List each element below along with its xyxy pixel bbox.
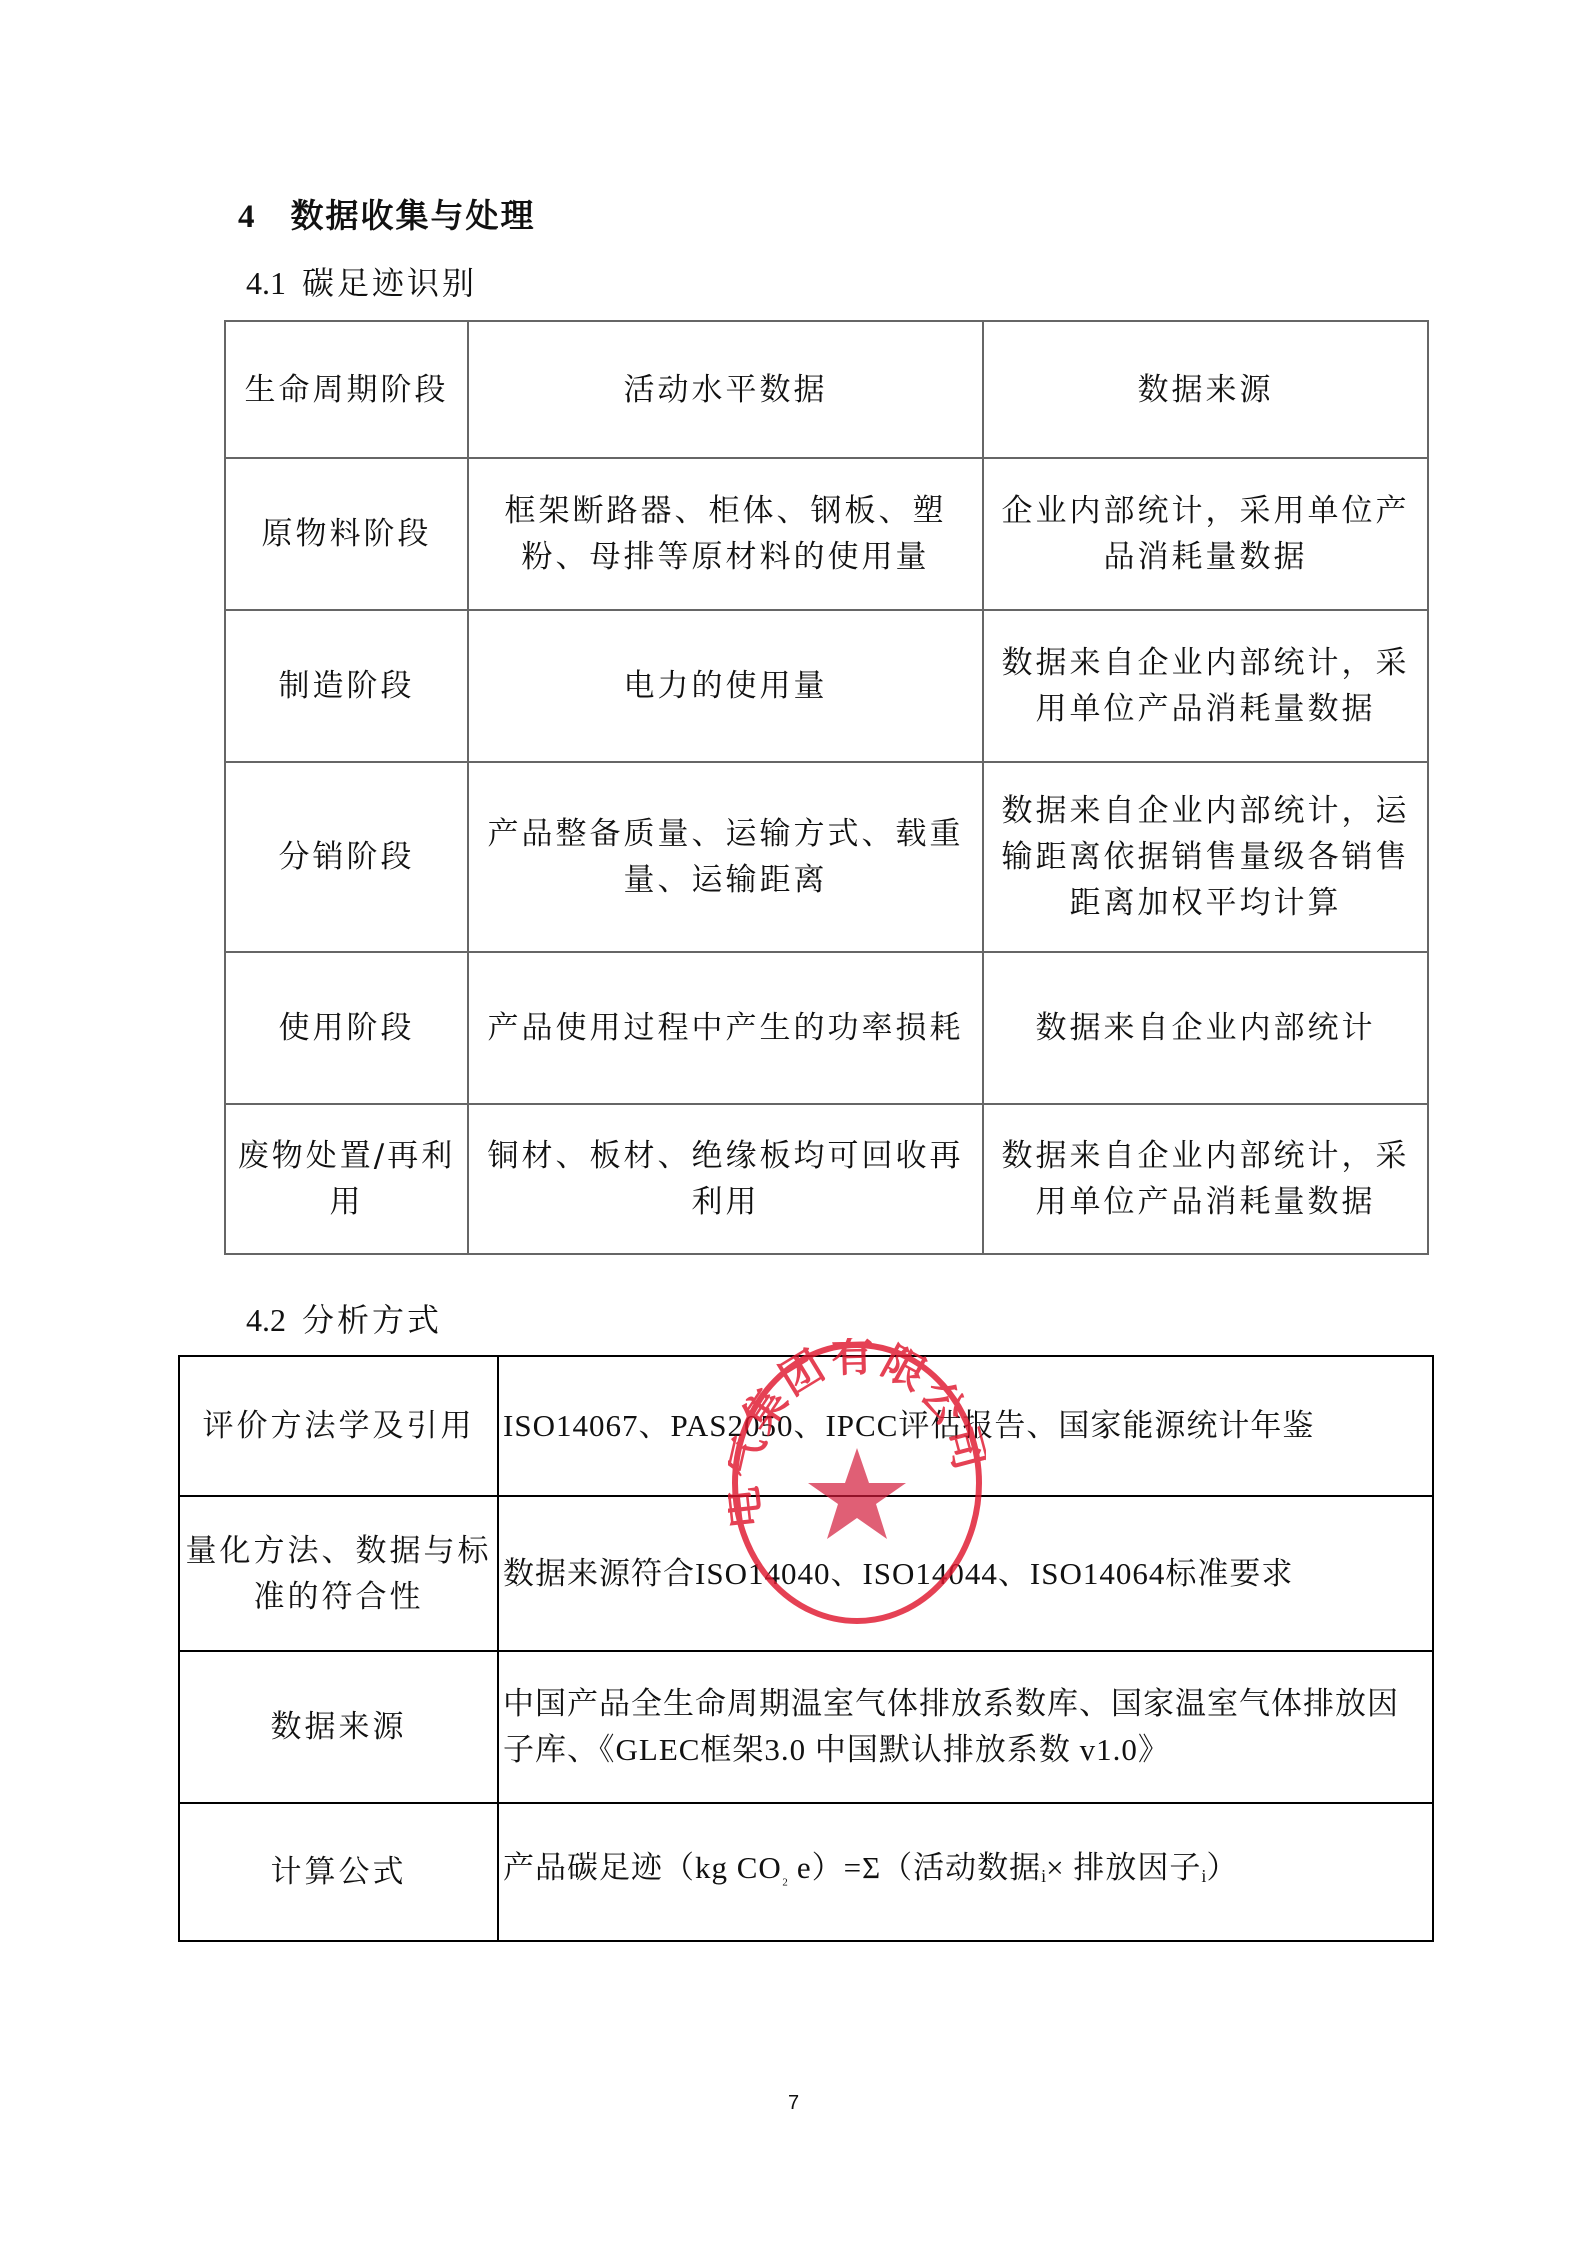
page-number: 7 [0, 2092, 1587, 2115]
table-row: 计算公式 产品碳足迹（kg CO₂ e）=Σ（活动数据i× 排放因子i） [179, 1803, 1433, 1941]
table-row: 制造阶段 电力的使用量 数据来自企业内部统计，采用单位产品消耗量数据 [225, 610, 1428, 762]
analysis-method-table: 评价方法学及引用 ISO14067、PAS2050、IPCC评估报告、国家能源统… [178, 1355, 1434, 1942]
formula-cell: 产品碳足迹（kg CO₂ e）=Σ（活动数据i× 排放因子i） [498, 1803, 1433, 1941]
stage-cell: 废物处置/再利用 [225, 1104, 468, 1254]
label-cell: 计算公式 [179, 1803, 498, 1941]
table-row: 分销阶段 产品整备质量、运输方式、载重量、运输距离 数据来自企业内部统计，运输距… [225, 762, 1428, 952]
value-cell: 中国产品全生命周期温室气体排放系数库、国家温室气体排放因子库、《GLEC框架3.… [498, 1651, 1433, 1803]
table-row: 废物处置/再利用 铜材、板材、绝缘板均可回收再利用 数据来自企业内部统计，采用单… [225, 1104, 1428, 1254]
formula-suffix: ） [1206, 1850, 1238, 1885]
table-header-row: 生命周期阶段 活动水平数据 数据来源 [225, 321, 1428, 458]
activity-cell: 铜材、板材、绝缘板均可回收再利用 [468, 1104, 983, 1254]
value-cell: ISO14067、PAS2050、IPCC评估报告、国家能源统计年鉴 [498, 1356, 1433, 1496]
carbon-footprint-table: 生命周期阶段 活动水平数据 数据来源 原物料阶段 框架断路器、柜体、钢板、塑粉、… [224, 320, 1429, 1255]
header-cell: 生命周期阶段 [225, 321, 468, 458]
section-heading: 4数据收集与处理 [238, 190, 536, 237]
stage-cell: 分销阶段 [225, 762, 468, 952]
formula-times: × 排放因子 [1046, 1850, 1201, 1885]
subsection-number: 4.2 [246, 1302, 286, 1338]
formula-prefix: 产品碳足迹（kg CO [503, 1850, 782, 1885]
source-cell: 数据来自企业内部统计，采用单位产品消耗量数据 [983, 610, 1428, 762]
stage-cell: 原物料阶段 [225, 458, 468, 610]
label-cell: 量化方法、数据与标准的符合性 [179, 1496, 498, 1651]
header-cell: 数据来源 [983, 321, 1428, 458]
stage-cell: 制造阶段 [225, 610, 468, 762]
subsection-heading-carbon-footprint: 4.1碳足迹识别 [246, 258, 477, 304]
formula-middle: e）=Σ（活动数据 [788, 1850, 1041, 1885]
activity-cell: 电力的使用量 [468, 610, 983, 762]
subsection-number: 4.1 [246, 265, 286, 301]
table-row: 原物料阶段 框架断路器、柜体、钢板、塑粉、母排等原材料的使用量 企业内部统计，采… [225, 458, 1428, 610]
source-cell: 数据来自企业内部统计，运输距离依据销售量级各销售距离加权平均计算 [983, 762, 1428, 952]
table-row: 量化方法、数据与标准的符合性 数据来源符合ISO14040、ISO14044、I… [179, 1496, 1433, 1651]
label-cell: 评价方法学及引用 [179, 1356, 498, 1496]
stage-cell: 使用阶段 [225, 952, 468, 1104]
table-row: 使用阶段 产品使用过程中产生的功率损耗 数据来自企业内部统计 [225, 952, 1428, 1104]
value-cell: 数据来源符合ISO14040、ISO14044、ISO14064标准要求 [498, 1496, 1433, 1651]
subsection-title: 碳足迹识别 [302, 264, 477, 302]
activity-cell: 框架断路器、柜体、钢板、塑粉、母排等原材料的使用量 [468, 458, 983, 610]
subsection-heading-analysis-method: 4.2分析方式 [246, 1295, 442, 1341]
source-cell: 数据来自企业内部统计 [983, 952, 1428, 1104]
activity-cell: 产品整备质量、运输方式、载重量、运输距离 [468, 762, 983, 952]
header-cell: 活动水平数据 [468, 321, 983, 458]
section-number: 4 [238, 199, 257, 235]
activity-cell: 产品使用过程中产生的功率损耗 [468, 952, 983, 1104]
label-cell: 数据来源 [179, 1651, 498, 1803]
source-cell: 企业内部统计，采用单位产品消耗量数据 [983, 458, 1428, 610]
table-row: 数据来源 中国产品全生命周期温室气体排放系数库、国家温室气体排放因子库、《GLE… [179, 1651, 1433, 1803]
source-cell: 数据来自企业内部统计，采用单位产品消耗量数据 [983, 1104, 1428, 1254]
subsection-title: 分析方式 [302, 1301, 442, 1339]
table-row: 评价方法学及引用 ISO14067、PAS2050、IPCC评估报告、国家能源统… [179, 1356, 1433, 1496]
section-title: 数据收集与处理 [291, 196, 536, 235]
